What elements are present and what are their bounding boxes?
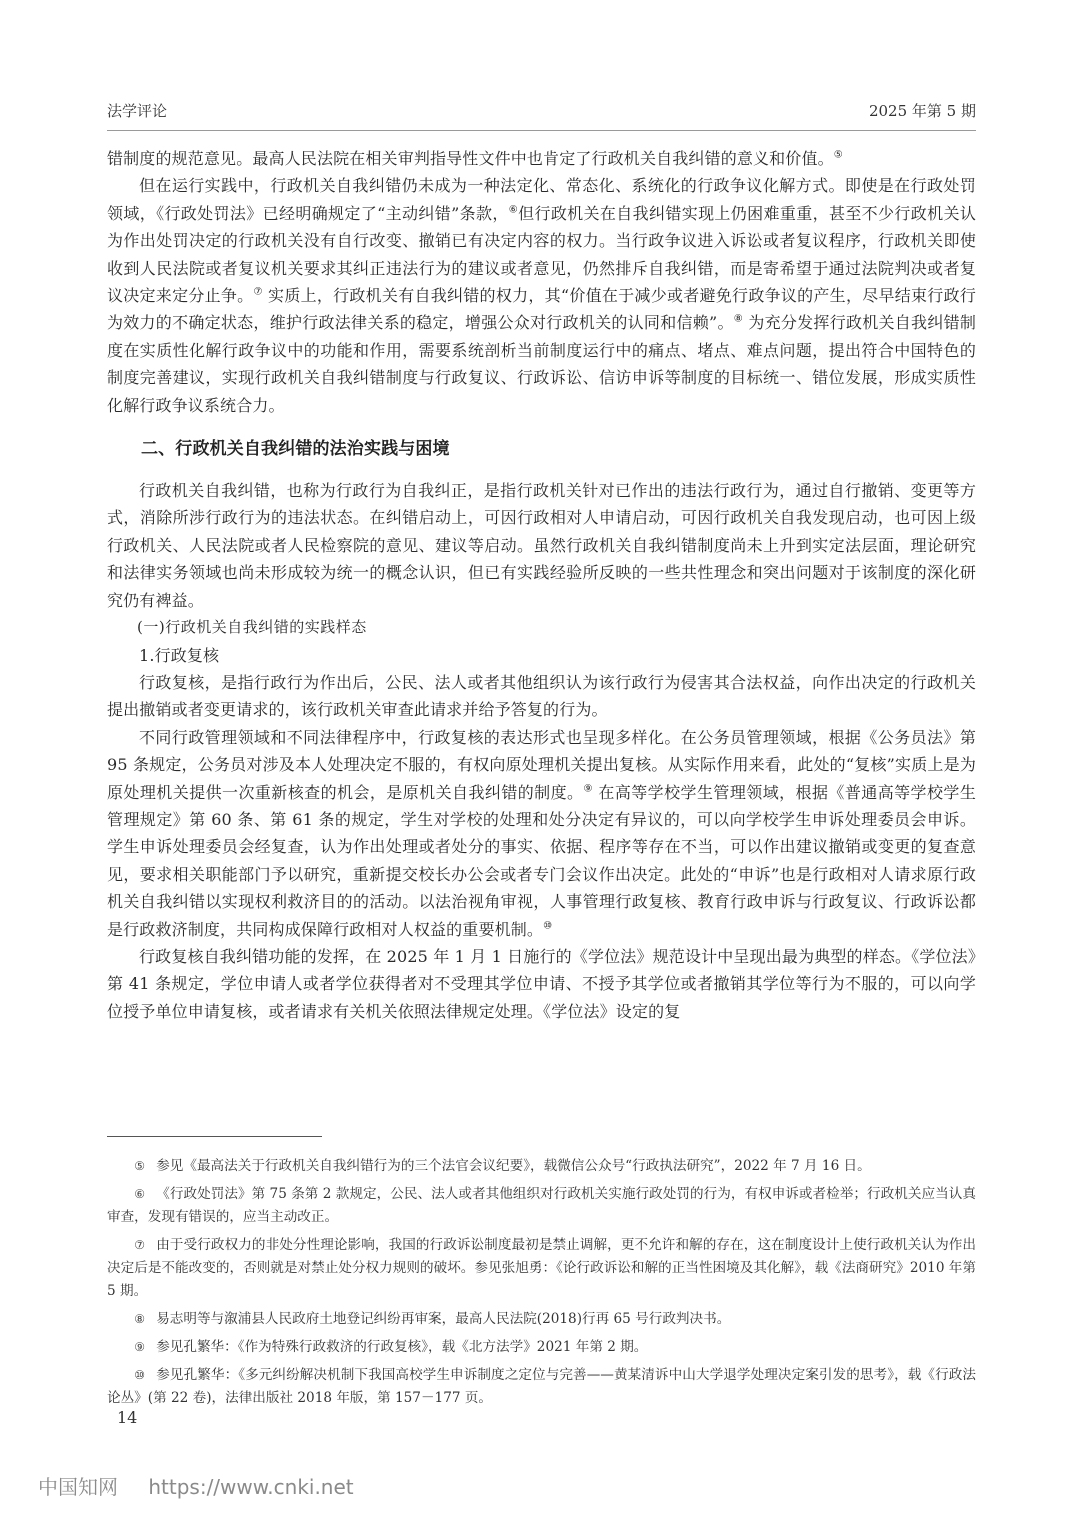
- footnote-text: 参见《最高法关于行政机关自我纠错行为的三个法官会议纪要》，载微信公众号“行政执法…: [156, 1158, 871, 1174]
- paragraph: 错制度的规范意见。最高人民法院在相关审判指导性文件中也肯定了行政机关自我纠错的意…: [107, 145, 976, 172]
- subsubsection-heading: 1.行政复核: [107, 642, 976, 669]
- footnote-text: 《行政处罚法》第 75 条第 2 款规定，公民、法人或者其他组织对行政机关实施行…: [107, 1186, 976, 1225]
- footnote-7: ⑦由于受行政权力的非处分性理论影响，我国的行政诉讼制度最初是禁止调解，更不允许和…: [107, 1234, 976, 1303]
- footnote-ref[interactable]: ⑧: [734, 314, 743, 325]
- cnki-watermark: 中国知网 https://www.cnki.net: [38, 1471, 354, 1500]
- footnote-text: 参见孔繁华：《多元纠纷解决机制下我国高校学生申诉制度之定位与完善——黄某清诉中山…: [107, 1367, 976, 1406]
- issue-number: 2025 年第 5 期: [869, 100, 976, 121]
- footnote-5: ⑤参见《最高法关于行政机关自我纠错行为的三个法官会议纪要》，载微信公众号“行政执…: [107, 1155, 976, 1178]
- footnote-text: 由于受行政权力的非处分性理论影响，我国的行政诉讼制度最初是禁止调解，更不允许和解…: [107, 1237, 976, 1299]
- journal-title: 法学评论: [107, 100, 167, 121]
- footnote-text: 易志明等与溆浦县人民政府土地登记纠纷再审案，最高人民法院(2018)行再 65 …: [156, 1311, 730, 1327]
- subsection-heading: (一)行政机关自我纠错的实践样态: [107, 614, 976, 641]
- paragraph-text: 在高等学校学生管理领域，根据《普通高等学校学生管理规定》第 60 条、第 61 …: [107, 783, 976, 939]
- footnote-mark: ⑥: [134, 1183, 156, 1206]
- paragraph: 行政机关自我纠错，也称为行政行为自我纠正，是指行政机关针对已作出的违法行政行为，…: [107, 477, 976, 614]
- footnote-mark: ⑧: [134, 1308, 156, 1331]
- footnote-mark: ⑩: [134, 1364, 156, 1387]
- footnote-mark: ⑨: [134, 1336, 156, 1359]
- watermark-url[interactable]: https://www.cnki.net: [148, 1475, 353, 1499]
- paragraph-text: 错制度的规范意见。最高人民法院在相关审判指导性文件中也肯定了行政机关自我纠错的意…: [107, 149, 834, 168]
- paragraph: 行政复核，是指行政行为作出后，公民、法人或者其他组织认为该行政行为侵害其合法权益…: [107, 669, 976, 724]
- watermark-brand: 中国知网: [38, 1475, 118, 1499]
- footnote-10: ⑩参见孔繁华：《多元纠纷解决机制下我国高校学生申诉制度之定位与完善——黄某清诉中…: [107, 1364, 976, 1410]
- footnote-ref[interactable]: ⑤: [834, 150, 843, 161]
- footnote-divider: [107, 1136, 322, 1137]
- paragraph: 但在运行实践中，行政机关自我纠错仍未成为一种法定化、常态化、系统化的行政争议化解…: [107, 172, 976, 419]
- running-header: 法学评论 2025 年第 5 期: [107, 100, 976, 124]
- section-heading: 二、行政机关自我纠错的法治实践与困境: [107, 437, 976, 461]
- footnotes: ⑤参见《最高法关于行政机关自我纠错行为的三个法官会议纪要》，载微信公众号“行政执…: [107, 1155, 976, 1415]
- paragraph: 不同行政管理领域和不同法律程序中，行政复核的表达形式也呈现多样化。在公务员管理领…: [107, 724, 976, 943]
- page-number: 14: [117, 1408, 137, 1427]
- footnote-ref[interactable]: ⑨: [583, 783, 592, 794]
- footnote-9: ⑨参见孔繁华：《作为特殊行政救济的行政复核》，载《北方法学》2021 年第 2 …: [107, 1336, 976, 1359]
- footnote-8: ⑧易志明等与溆浦县人民政府土地登记纠纷再审案，最高人民法院(2018)行再 65…: [107, 1308, 976, 1331]
- paragraph: 行政复核自我纠错功能的发挥，在 2025 年 1 月 1 日施行的《学位法》规范…: [107, 943, 976, 1025]
- footnote-ref[interactable]: ⑦: [253, 287, 262, 298]
- footnote-6: ⑥《行政处罚法》第 75 条第 2 款规定，公民、法人或者其他组织对行政机关实施…: [107, 1183, 976, 1229]
- footnote-mark: ⑦: [134, 1234, 156, 1257]
- footnote-ref[interactable]: ⑥: [509, 204, 518, 215]
- header-divider: [107, 130, 976, 131]
- footnote-text: 参见孔繁华：《作为特殊行政救济的行政复核》，载《北方法学》2021 年第 2 期…: [156, 1339, 647, 1355]
- article-body: 错制度的规范意见。最高人民法院在相关审判指导性文件中也肯定了行政机关自我纠错的意…: [107, 145, 976, 1025]
- footnote-ref[interactable]: ⑩: [543, 920, 552, 931]
- footnote-mark: ⑤: [134, 1155, 156, 1178]
